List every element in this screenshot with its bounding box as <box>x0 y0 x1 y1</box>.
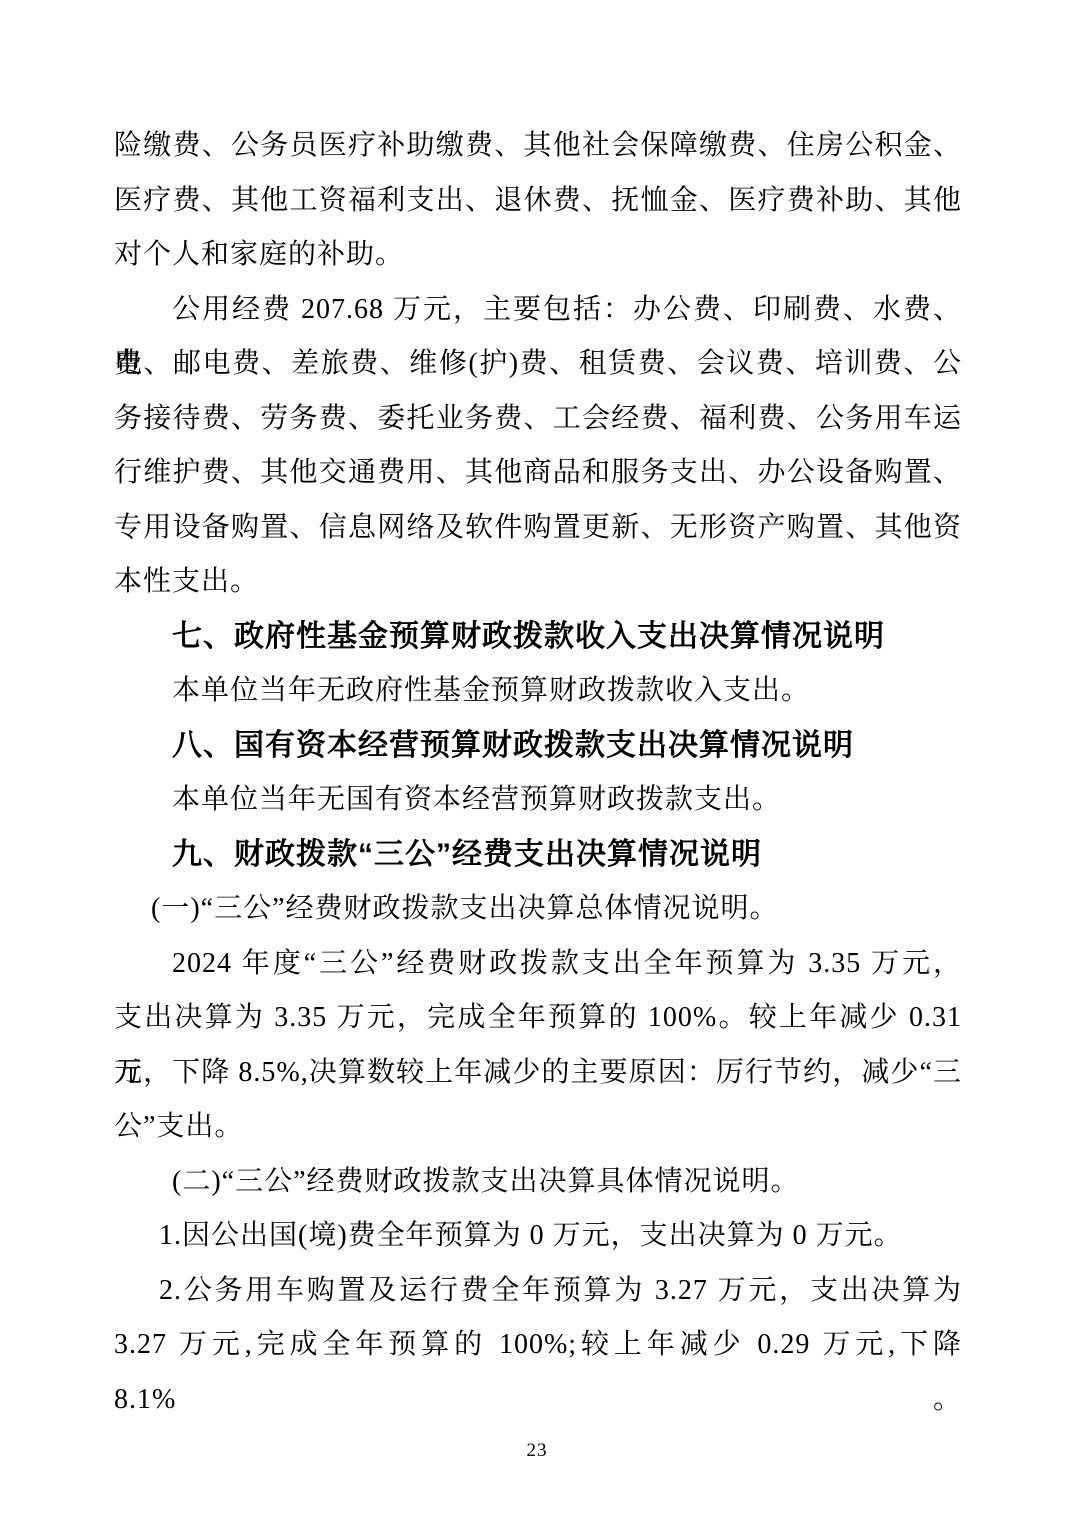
text-line-sangong-overview-2: 支出决算为 3.35 万元，完成全年预算的 100%。较上年减少 0.31 万 <box>114 991 962 1046</box>
text-line-welfare-3: 对个人和家庭的补助。 <box>114 228 962 283</box>
text-line-welfare-1: 险缴费、公务员医疗补助缴费、其他社会保障缴费、住房公积金、 <box>114 119 962 174</box>
text-line-public-expense-5: 专用设备购置、信息网络及软件购置更新、无形资产购置、其他资 <box>114 501 962 556</box>
text-line-item-vehicle-1: 2.公务用车购置及运行费全年预算为 3.27 万元，支出决算为 <box>114 1264 962 1319</box>
section-heading-seven: 七、政府性基金预算财政拨款收入支出决算情况说明 <box>114 610 962 665</box>
text-line-section-eight-body: 本单位当年无国有资本经营预算财政拨款支出。 <box>114 773 962 828</box>
page-number: 23 <box>0 1440 1074 1462</box>
text-line-sangong-overview-4: 公”支出。 <box>114 1100 962 1155</box>
text-line-item-vehicle-2: 3.27 万元,完成全年预算的 100%;较上年减少 0.29 万元,下降 8.… <box>114 1318 962 1373</box>
document-body: 险缴费、公务员医疗补助缴费、其他社会保障缴费、住房公积金、 医疗费、其他工资福利… <box>114 119 962 1373</box>
text-line-public-expense-3: 务接待费、劳务费、委托业务费、工会经费、福利费、公务用车运 <box>114 392 962 447</box>
document-page: 险缴费、公务员医疗补助缴费、其他社会保障缴费、住房公积金、 医疗费、其他工资福利… <box>0 0 1074 1520</box>
text-line-public-expense-6: 本性支出。 <box>114 555 962 610</box>
section-heading-nine: 九、财政拨款“三公”经费支出决算情况说明 <box>114 828 962 883</box>
text-line-item-abroad: 1.因公出国(境)费全年预算为 0 万元，支出决算为 0 万元。 <box>114 1209 962 1264</box>
subheading-sangong-overview: (一)“三公”经费财政拨款支出决算总体情况说明。 <box>114 882 962 937</box>
text-line-sangong-overview-1: 2024 年度“三公”经费财政拨款支出全年预算为 3.35 万元， <box>114 937 962 992</box>
text-line-welfare-2: 医疗费、其他工资福利支出、退休费、抚恤金、医疗费补助、其他 <box>114 174 962 229</box>
text-line-public-expense-2: 费、邮电费、差旅费、维修(护)费、租赁费、会议费、培训费、公 <box>114 337 962 392</box>
subheading-sangong-detail: (二)“三公”经费财政拨款支出决算具体情况说明。 <box>114 1155 962 1210</box>
section-heading-eight: 八、国有资本经营预算财政拨款支出决算情况说明 <box>114 719 962 774</box>
text-line-section-seven-body: 本单位当年无政府性基金预算财政拨款收入支出。 <box>114 664 962 719</box>
text-line-public-expense-4: 行维护费、其他交通费用、其他商品和服务支出、办公设备购置、 <box>114 446 962 501</box>
text-line-public-expense-1: 公用经费 207.68 万元，主要包括：办公费、印刷费、水费、电 <box>114 283 962 338</box>
text-line-sangong-overview-3: 元，下降 8.5%,决算数较上年减少的主要原因：厉行节约，减少“三 <box>114 1046 962 1101</box>
